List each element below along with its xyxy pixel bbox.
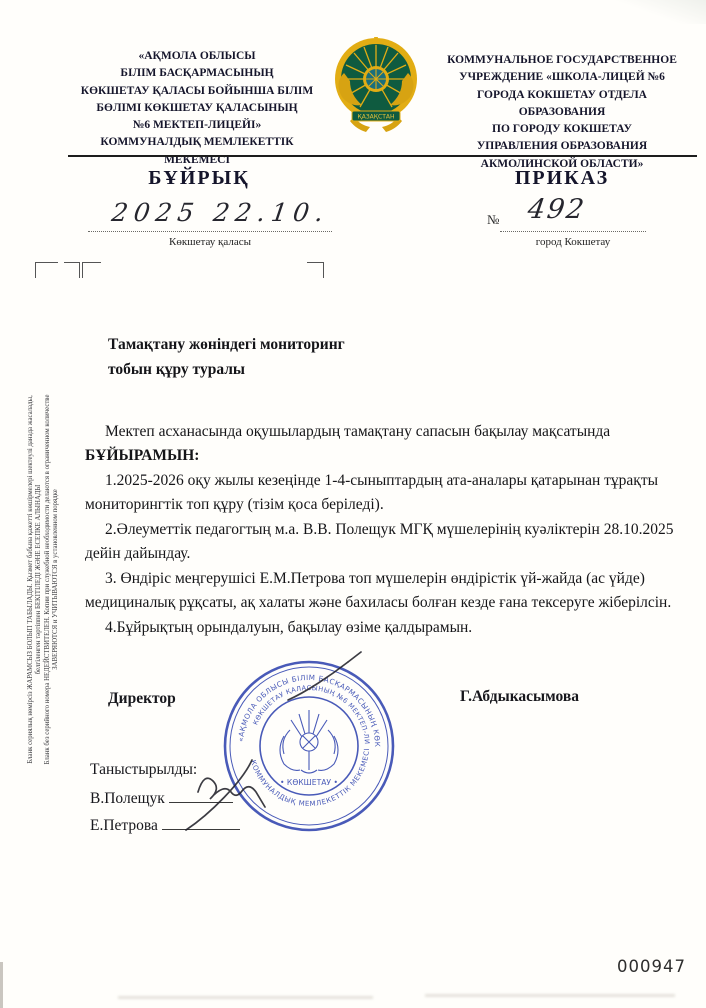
org-kk-line: КОММУНАЛДЫҚ МЕМЛЕКЕТТІК xyxy=(64,134,330,151)
security-note-line: Бланк без серийного номера НЕДЕЙСТВИТЕЛЕ… xyxy=(44,327,52,832)
official-round-stamp: «АҚМОЛА ОБЛЫСЫ БІЛІМ БАСҚАРМАСЫНЫҢ КӨКШЕ… xyxy=(222,658,396,834)
order-item-4: 4.Бұйрықтың орындалуын, бақылау өзіме қа… xyxy=(85,616,682,640)
org-ru-line: УПРАВЛЕНИЯ ОБРАЗОВАНИЯ xyxy=(426,138,698,155)
stamp-city-text: • КӨКШЕТАУ • xyxy=(280,778,338,787)
svg-text:«АҚМОЛА ОБЛЫСЫ БІЛІМ БАСҚАРМАС: «АҚМОЛА ОБЛЫСЫ БІЛІМ БАСҚАРМАСЫНЫҢ КӨКШЕ… xyxy=(222,658,382,747)
order-title-russian: ПРИКАЗ xyxy=(428,167,696,190)
org-ru-line: КОММУНАЛЬНОЕ ГОСУДАРСТВЕННОЕ xyxy=(426,52,698,69)
order-subject: Тамақтану жөніндегі мониторинг тобын құр… xyxy=(108,333,345,383)
kazakhstan-state-emblem-icon: ҚАЗАҚСТАН xyxy=(330,33,422,135)
org-kk-line: КӨКШЕТАУ ҚАЛАСЫ БОЙЫНША БІЛІМ xyxy=(64,83,330,100)
org-ru-line: ОБРАЗОВАНИЯ xyxy=(426,104,698,121)
corner-mark xyxy=(35,262,58,278)
corner-mark xyxy=(64,262,80,278)
handwritten-order-number: 492 xyxy=(526,194,588,225)
ack-name: В.Полещук xyxy=(90,790,165,807)
emblem-banner-text: ҚАЗАҚСТАН xyxy=(357,114,394,121)
director-name: Г.Абдыкасымова xyxy=(460,688,579,706)
header-divider xyxy=(68,155,697,157)
order-title-kazakh: БҰЙРЫҚ xyxy=(68,167,330,190)
stamp-emblem-icon xyxy=(280,710,338,773)
org-kk-line: БІЛІМ БАСҚАРМАСЫНЫҢ xyxy=(64,65,330,82)
org-ru-line: ГОРОДА КОКШЕТАУ ОТДЕЛА xyxy=(426,87,698,104)
order-item-3: 3. Өндіріс меңгерушісі Е.М.Петрова топ м… xyxy=(85,567,682,616)
place-kazakh: Көкшетау қаласы xyxy=(88,236,332,248)
org-kk-line: БӨЛІМІ КӨКШЕТАУ ҚАЛАСЫНЫҢ xyxy=(64,100,330,117)
blank-security-note: Бланк сериялық нөмірсіз ЖАРАМСЫЗ БОЛЫП Т… xyxy=(27,327,61,832)
security-note-line: ЗАВЕРЯЮТСЯ и УЧИТЫВАЮТСЯ в установленном… xyxy=(52,327,60,832)
org-name-kazakh: «АҚМОЛА ОБЛЫСЫ БІЛІМ БАСҚАРМАСЫНЫҢ КӨКШЕ… xyxy=(64,48,330,169)
scan-corner-shadow xyxy=(616,0,706,24)
body-intro: Мектеп асханасында оқушылардың тамақтану… xyxy=(85,420,682,469)
intro-text: Мектеп асханасында оқушылардың тамақтану… xyxy=(105,423,610,440)
signature-line xyxy=(169,789,233,803)
org-kk-line: №6 МЕКТЕП-ЛИЦЕЙІ» xyxy=(64,117,330,134)
org-kk-line: «АҚМОЛА ОБЛЫСЫ xyxy=(64,48,330,65)
ack-name: Е.Петрова xyxy=(90,817,158,834)
date-underline xyxy=(88,231,332,232)
signature-line xyxy=(162,816,240,830)
scan-smudge xyxy=(118,996,373,999)
scan-smudge xyxy=(425,994,675,997)
corner-mark xyxy=(307,262,324,278)
number-underline xyxy=(500,231,646,232)
security-note-line: белгіленген тәртіппен БЕКІТІЛЕДІ ЖӘНЕ ЕС… xyxy=(35,327,43,832)
handwritten-date: 2025 22.10. xyxy=(110,198,331,227)
scan-edge-artifact xyxy=(0,962,3,1008)
subject-line: Тамақтану жөніндегі мониторинг xyxy=(108,333,345,358)
blank-serial-number: 000947 xyxy=(617,957,686,976)
order-body: Мектеп асханасында оқушылардың тамақтану… xyxy=(85,420,682,640)
order-item-1: 1.2025-2026 оқу жылы кезеңінде 1-4-сынып… xyxy=(85,469,682,518)
order-item-2: 2.Әлеуметтік педагогтың м.а. В.В. Полещу… xyxy=(85,518,682,567)
place-russian: город Кокшетау xyxy=(500,236,646,248)
order-number-label: № xyxy=(487,212,499,228)
scanned-order-document: «АҚМОЛА ОБЛЫСЫ БІЛІМ БАСҚАРМАСЫНЫҢ КӨКШЕ… xyxy=(0,0,706,1008)
security-note-line: Бланк сериялық нөмірсіз ЖАРАМСЫЗ БОЛЫП Т… xyxy=(27,327,35,832)
resolve-word: БҰЙЫРАМЫН: xyxy=(85,447,199,464)
corner-mark xyxy=(82,262,101,278)
director-label: Директор xyxy=(108,690,176,708)
org-ru-line: ПО ГОРОДУ КОКШЕТАУ xyxy=(426,121,698,138)
org-ru-line: УЧРЕЖДЕНИЕ «ШКОЛА-ЛИЦЕЙ №6 xyxy=(426,69,698,86)
ack-row-poleshchuk: В.Полещук xyxy=(90,789,233,808)
ack-row-petrova: Е.Петрова xyxy=(90,816,240,835)
subject-line: тобын құру туралы xyxy=(108,358,345,383)
stamp-ring-top-text: «АҚМОЛА ОБЛЫСЫ БІЛІМ БАСҚАРМАСЫНЫҢ КӨКШЕ… xyxy=(222,658,382,747)
acknowledged-label: Таныстырылды: xyxy=(90,761,197,779)
